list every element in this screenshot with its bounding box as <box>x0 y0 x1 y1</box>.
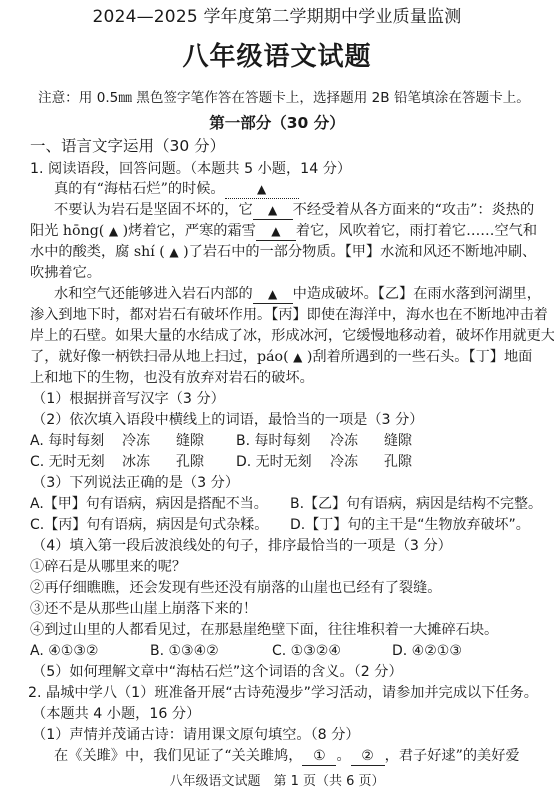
sentence-4: ④到过山里的人都看见过，在那悬崖绝壁下面，往往堆积着一大摊碎石块。 <box>30 621 498 639</box>
sentence-2: ②再仔细瞧瞧，还会发现有些还没有崩落的山崖也已经有了裂缝。 <box>30 579 441 597</box>
q2-fill-line-1: 在《关雎》中，我们见证了“关关雎鸠，①。②，君子好逑”的美好爱 <box>54 747 520 766</box>
option-b[interactable]: B. ①③④② <box>150 642 219 660</box>
sentence-1: ①碎石是从哪里来的呢？ <box>30 558 186 576</box>
q1-sub2-options-row-1: A. 每时每刻 冷冻 缝隙 B. 每时每刻 冷冻 缝隙 <box>0 432 554 450</box>
exam-period-header: 2024—2025 学年度第二学期期中学业质量监测 <box>0 6 554 28</box>
option-d[interactable]: D.【丁】句的主干是“生物放弃破坏”。 <box>290 516 530 534</box>
q1-sub3: （3）下列说法正确的是（3 分） <box>32 474 239 492</box>
exam-notice: 注意：用 0.5㎜ 黑色签字笔作答在答题卡上，选择题用 2B 铅笔填涂在答题卡上… <box>38 89 530 107</box>
answer-blank-1[interactable]: ① <box>302 747 336 766</box>
q1-sub2: （2）依次填入语段中横线上的词语，最恰当的一项是（3 分） <box>32 411 423 429</box>
option-c[interactable]: C.【丙】句有语病，病因是句式杂糅。 <box>30 516 268 534</box>
sentence-3: ③还不是从那些山崖上崩落下来的！ <box>30 600 257 618</box>
option-text: 孔隙 <box>176 453 204 471</box>
triangle-marker-icon: ▲ <box>169 245 178 259</box>
question-2-stem-line-2: （本题共 4 小题，16 分） <box>32 705 200 723</box>
paragraph-3-line-4: 了，就好像一柄铁扫帚从地上扫过，páo( ▲ )刮着所遇到的一些石头。【丁】地面 <box>30 348 532 366</box>
option-a[interactable]: A. 每时每刻 <box>30 432 104 450</box>
q1-sub3-options-row-2: C.【丙】句有语病，病因是句式杂糅。 D.【丁】句的主干是“生物放弃破坏”。 <box>0 516 554 534</box>
option-b[interactable]: B. 每时每刻 <box>236 432 311 450</box>
part-heading: 第一部分（30 分） <box>0 114 554 132</box>
exam-page: 2024—2025 学年度第二学期期中学业质量监测 八年级语文试题 注意：用 0… <box>0 0 554 799</box>
triangle-marker-icon: ▲ <box>268 203 277 217</box>
answer-blank: ▲ <box>256 222 296 241</box>
q1-sub2-options-row-2: C. 无时无刻 冰冻 孔隙 D. 无时无刻 冷冻 孔隙 <box>0 453 554 471</box>
option-text: 冷冻 <box>330 432 358 450</box>
triangle-marker-icon: ▲ <box>257 182 266 196</box>
paragraph-1-line-1: 真的有“海枯石烂”的时候。▲ <box>54 180 299 199</box>
triangle-marker-icon: ▲ <box>293 350 302 364</box>
option-text: 冰冻 <box>122 453 150 471</box>
text: 中造成破坏。【乙】在雨水落到河湖里， <box>293 286 541 302</box>
question-1-stem: 1. 阅读语段，回答问题。（本题共 5 小题，14 分） <box>30 160 351 178</box>
paragraph-3-line-1: 水和空气还能够进入岩石内部的▲中造成破坏。【乙】在雨水落到河湖里， <box>54 285 541 304</box>
triangle-marker-icon: ▲ <box>271 224 280 238</box>
answer-blank: ▲ <box>253 285 293 304</box>
option-c[interactable]: C. 无时无刻 <box>30 453 105 471</box>
text: 在《关雎》中，我们见证了“关关雎鸠， <box>54 748 302 764</box>
page-footer: 八年级语文试题 第 1 页（共 6 页） <box>0 773 554 791</box>
option-text: 缝隙 <box>384 432 412 450</box>
q1-sub1: （1）根据拼音写汉字（3 分） <box>32 390 225 408</box>
option-text: 缝隙 <box>176 432 204 450</box>
option-c[interactable]: C. ①③②④ <box>272 642 341 660</box>
option-text: 冷冻 <box>122 432 150 450</box>
option-text: 孔隙 <box>384 453 412 471</box>
text: 了，就好像一柄铁扫帚从地上扫过，páo( <box>30 349 289 365</box>
text: 水和空气还能够进入岩石内部的 <box>54 286 253 302</box>
text: )烤着它，严寒的霜雪 <box>123 223 256 239</box>
text: 水中的酸类，腐 shí ( <box>30 244 165 260</box>
text: 阳光 hōng( <box>30 223 104 239</box>
option-d[interactable]: D. ④②①③ <box>392 642 462 660</box>
paragraph-3-line-5: 上和地下的生物，也没有放弃对岩石的破坏。 <box>30 369 314 387</box>
text: 着它，风吹着它，雨打着它……空气和 <box>296 223 537 239</box>
text: 。 <box>336 748 350 764</box>
option-d[interactable]: D. 无时无刻 <box>236 453 312 471</box>
paragraph-3-line-3: 岸上的石壁。如果大量的水结成了冰，形成冰河，它缓慢地移动着，破坏作用就更大 <box>30 327 554 345</box>
q2-sub1: （1）声情并茂诵古诗：请用课文原句填空。（8 分） <box>32 726 360 744</box>
answer-blank-2[interactable]: ② <box>351 747 385 766</box>
text: ，君子好逑”的美好爱 <box>385 748 520 764</box>
paragraph-3-line-2: 渗入到地下时，都对岩石有破坏作用。【丙】即使在海洋中，海水也在不断地冲击着 <box>30 306 548 324</box>
option-text: 冷冻 <box>330 453 358 471</box>
text: 真的有“海枯石烂”的时候。 <box>54 181 225 197</box>
triangle-marker-icon: ▲ <box>109 224 118 238</box>
text: 不要认为岩石是坚固不坏的，它 <box>54 202 253 218</box>
triangle-marker-icon: ▲ <box>268 287 277 301</box>
text: )刮着所遇到的一些石头。【丁】地面 <box>307 349 532 365</box>
q1-sub5: （5）如何理解文章中“海枯石烂”这个词语的含义。（2 分） <box>32 663 403 681</box>
paragraph-2-line-2: 阳光 hōng( ▲ )烤着它，严寒的霜雪▲着它，风吹着它，雨打着它……空气和 <box>30 222 537 241</box>
paragraph-2-line-1: 不要认为岩石是坚固不坏的，它▲不经受着从各方面来的“攻击”：炎热的 <box>54 201 534 220</box>
text: 不经受着从各方面来的“攻击”：炎热的 <box>293 202 535 218</box>
option-a[interactable]: A.【甲】句有语病，病因是搭配不当。 <box>30 495 268 513</box>
wavy-blank: ▲ <box>225 180 299 199</box>
option-b[interactable]: B.【乙】句有语病，病因是结构不完整。 <box>290 495 542 513</box>
q1-sub3-options-row-1: A.【甲】句有语病，病因是搭配不当。 B.【乙】句有语病，病因是结构不完整。 <box>0 495 554 513</box>
option-a[interactable]: A. ④①③② <box>30 642 98 660</box>
answer-blank: ▲ <box>253 201 293 220</box>
q1-sub4-options-row: A. ④①③② B. ①③④② C. ①③②④ D. ④②①③ <box>0 642 554 660</box>
paragraph-2-line-4: 吹拂着它。 <box>30 264 101 282</box>
question-2-stem-line-1: 2. 晶城中学八（1）班准备开展“古诗苑漫步”学习活动，请参加并完成以下任务。 <box>28 684 538 702</box>
q1-sub4: （4）填入第一段后波浪线处的句子，排序最恰当的一项是（3 分） <box>32 537 452 555</box>
section-heading: 一、语言文字运用（30 分） <box>30 137 225 155</box>
text: )了岩石中的一部分物质。【甲】水流和风还不断地冲刷、 <box>183 244 536 260</box>
page-title: 八年级语文试题 <box>0 40 554 74</box>
paragraph-2-line-3: 水中的酸类，腐 shí ( ▲ )了岩石中的一部分物质。【甲】水流和风还不断地冲… <box>30 243 536 261</box>
